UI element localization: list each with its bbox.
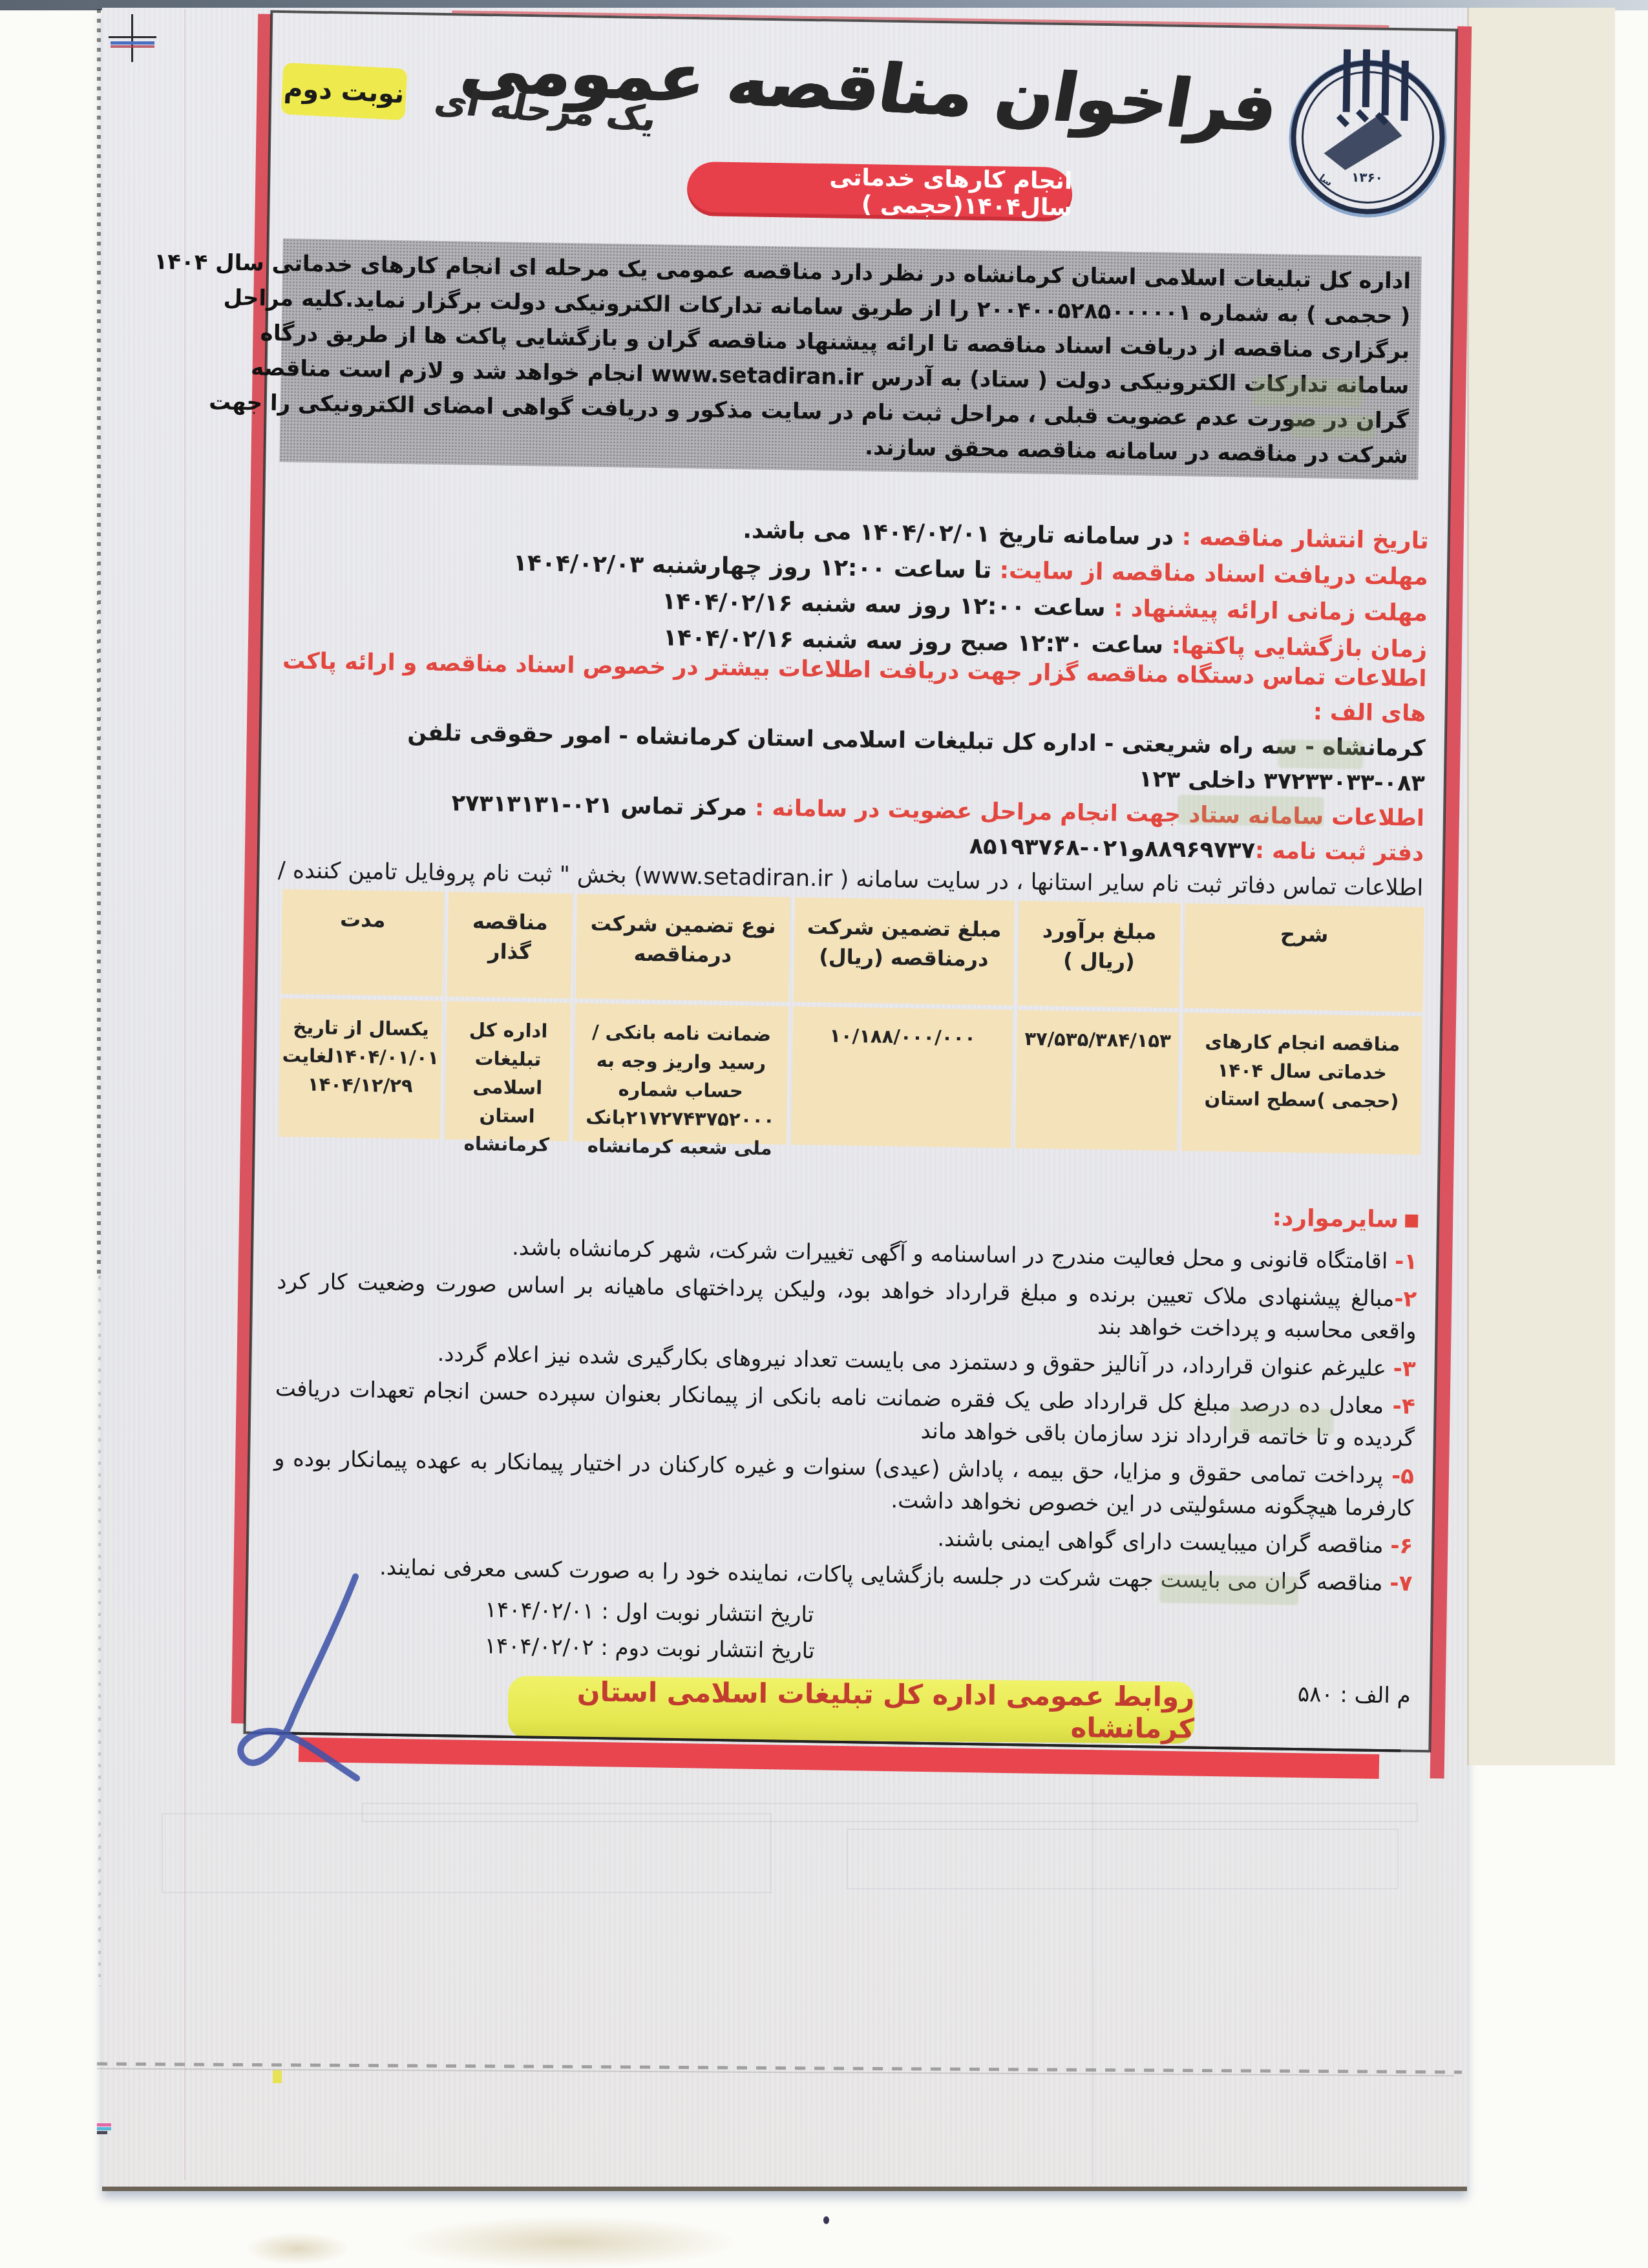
footer-banner-label: روابط عمومی اداره کل تبلیغات اسلامی استا…	[508, 1675, 1195, 1745]
table-header-desc: شرح	[1183, 903, 1424, 1012]
table-cell-guarantee: ۱۰/۱۸۸/۰۰۰/۰۰۰	[791, 1007, 1013, 1148]
schedule-section: تاریخ انتشار مناقصه : در سامانه تاریخ ۱۴…	[283, 505, 1429, 668]
subject-pill-label: انجام کارهای خدماتی سال۱۴۰۴(حجمی )	[686, 162, 1072, 221]
print-color-mark	[97, 2131, 107, 2134]
paper-smudge	[401, 2216, 737, 2268]
print-color-mark	[97, 2123, 111, 2126]
adjacent-page-strip	[1467, 8, 1615, 1765]
term-item: ۵- پرداخت تمامی حقوق و مزایا، حق بیمه ، …	[273, 1442, 1414, 1525]
other-terms-section: سایرموارد: ۱- اقامتگاه قانونی و محل فعال…	[270, 1186, 1418, 1714]
scanned-newspaper-page: { "header": { "badge": "نوبت دوم", "titl…	[0, 0, 1648, 2268]
table-cell-duration: یکسال از تاریخ ۱۴۰۴/۰۱/۰۱لغایت ۱۴۰۴/۱۲/۲…	[279, 998, 442, 1139]
table-cell-desc: مناقصه انجام کارهای خدماتی سال ۱۴۰۴ (حجم…	[1181, 1013, 1422, 1155]
ghost-highlight	[1278, 739, 1364, 769]
table-cell-type: ضمانت نامه بانکی /رسید واریز وجه به حساب…	[573, 1003, 788, 1144]
table-header-estimate: مبلغ برآورد (ریال )	[1017, 901, 1181, 1008]
subject-pill: انجام کارهای خدماتی سال۱۴۰۴(حجمی )	[686, 162, 1072, 222]
table-cell-estimate: ۳۷/۵۳۵/۳۸۴/۱۵۳	[1015, 1010, 1179, 1151]
term-item: ۲-مبالغ پیشنهادی ملاک تعیین برنده و مبلغ…	[276, 1265, 1417, 1348]
tender-table: شرح مبلغ برآورد (ریال ) مبلغ تضمین شرکت …	[275, 889, 1424, 1155]
table-header-type: نوع تضمین شرکت درمناقصه	[575, 894, 790, 1002]
organization-emblem-icon: ۱۳۶۰ سازمان تبلیغات اسلامی	[1282, 48, 1453, 244]
table-cell-employer: اداره کل تبلیغات اسلامی استان کرمانشاه	[445, 1001, 571, 1141]
ink-speck	[273, 2070, 282, 2083]
footer-banner: روابط عمومی اداره کل تبلیغات اسلامی استا…	[508, 1676, 1195, 1744]
tender-advert: نوبت دوم فراخوان مناقصه عمومی یک مرحله ا…	[231, 7, 1472, 1781]
table-header-employer: مناقصه گذار	[447, 892, 573, 998]
ghost-highlight	[1159, 1575, 1299, 1605]
edition-badge-label: نوبت دوم	[283, 74, 405, 109]
crop-mark-icon	[131, 14, 133, 62]
table-header-guarantee: مبلغ تضمین شرکت درمناقصه (ریال)	[793, 898, 1015, 1005]
intro-paragraph-block: اداره کل تبلیغات اسلامی استان کرمانشاه د…	[279, 238, 1421, 480]
ink-speck	[823, 2216, 829, 2224]
ghost-highlight	[1178, 795, 1324, 827]
registration-mark-blue	[111, 41, 154, 45]
ghost-highlight	[1252, 377, 1363, 408]
torn-paper-edge	[97, 9, 101, 1276]
ghost-highlight	[1230, 1407, 1334, 1435]
torn-paper-edge-lower	[98, 1276, 101, 1986]
edition-badge: نوبت دوم	[281, 63, 408, 121]
crop-mark-icon	[109, 36, 156, 38]
red-square-bullet-icon	[1405, 1215, 1418, 1228]
ghost-highlight	[1291, 414, 1375, 439]
registration-mark-red	[111, 45, 154, 48]
ghost-bleedthrough-box	[847, 1829, 1399, 1889]
ghost-bleedthrough-box	[162, 1813, 772, 1893]
emblem-year: ۱۳۶۰	[1351, 169, 1383, 185]
print-color-mark	[97, 2127, 111, 2130]
table-header-duration: مدت	[280, 889, 444, 996]
paper-smudge	[246, 2232, 349, 2265]
